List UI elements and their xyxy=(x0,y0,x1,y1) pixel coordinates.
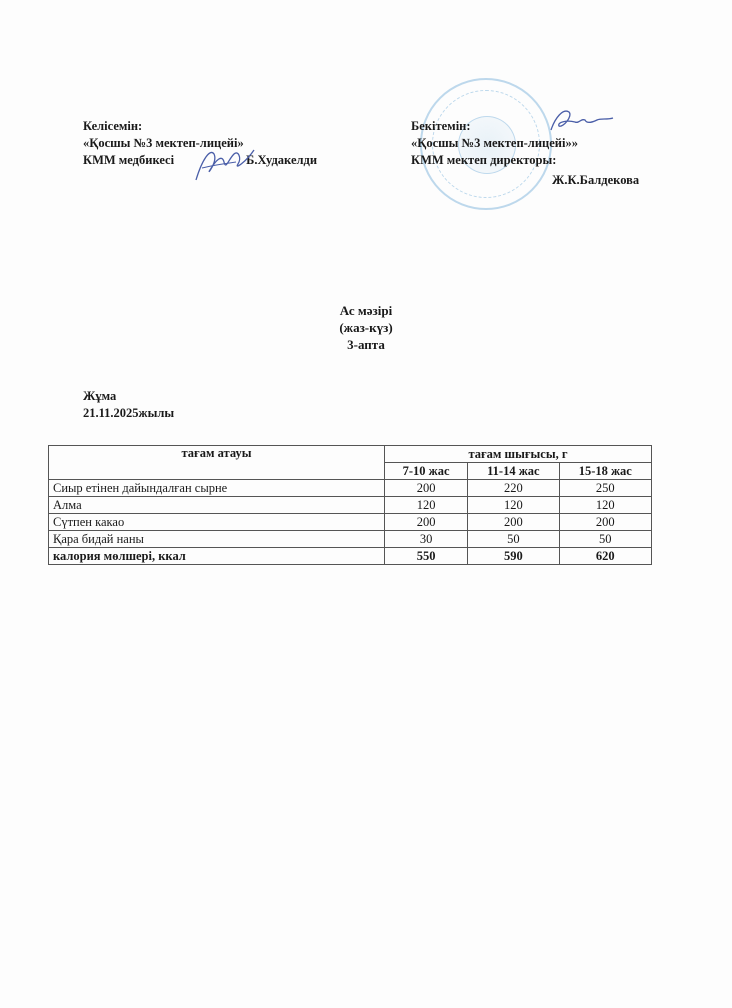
table-total-row: калория мөлшері, ккал 550 590 620 xyxy=(49,548,652,565)
approval-right-heading: Бекітемін: xyxy=(411,118,578,135)
header-output: тағам шығысы, г xyxy=(385,446,652,463)
total-value: 550 xyxy=(385,548,468,565)
dish-value: 120 xyxy=(468,497,559,514)
total-value: 620 xyxy=(559,548,651,565)
header-age-group: 11-14 жас xyxy=(468,463,559,480)
title-line-week: 3-апта xyxy=(0,336,732,353)
dish-value: 200 xyxy=(559,514,651,531)
dish-value: 120 xyxy=(385,497,468,514)
dish-value: 200 xyxy=(385,514,468,531)
dish-name: Алма xyxy=(49,497,385,514)
approval-right-signatory: Ж.К.Балдекова xyxy=(552,172,639,189)
dish-name: Сиыр етінен дайындалған сырне xyxy=(49,480,385,497)
document-title: Ас мәзірі (жаз-күз) 3-апта xyxy=(0,302,732,353)
approval-left-role: КММ медбикесі xyxy=(83,153,174,167)
table-row: Сүтпен какао 200 200 200 xyxy=(49,514,652,531)
approval-right-block: Бекітемін: «Қосшы №3 мектеп-лицейі»» КММ… xyxy=(411,118,578,169)
dish-name: Қара бидай наны xyxy=(49,531,385,548)
dish-value: 30 xyxy=(385,531,468,548)
total-label: калория мөлшері, ккал xyxy=(49,548,385,565)
weekday: Жұма xyxy=(83,388,174,405)
menu-table: тағам атауы тағам шығысы, г 7-10 жас 11-… xyxy=(48,445,652,565)
dish-value: 200 xyxy=(468,514,559,531)
header-age-group: 7-10 жас xyxy=(385,463,468,480)
dish-value: 220 xyxy=(468,480,559,497)
dish-value: 50 xyxy=(559,531,651,548)
dish-value: 250 xyxy=(559,480,651,497)
dish-name: Сүтпен какао xyxy=(49,514,385,531)
title-line-season: (жаз-күз) xyxy=(0,319,732,336)
total-value: 590 xyxy=(468,548,559,565)
table-row: Қара бидай наны 30 50 50 xyxy=(49,531,652,548)
table-header-row: тағам атауы тағам шығысы, г xyxy=(49,446,652,463)
table-row: Алма 120 120 120 xyxy=(49,497,652,514)
date-value: 21.11.2025жылы xyxy=(83,405,174,422)
dish-value: 200 xyxy=(385,480,468,497)
approval-right-org: «Қосшы №3 мектеп-лицейі»» xyxy=(411,135,578,152)
title-line-menu: Ас мәзірі xyxy=(0,302,732,319)
nurse-signature-icon xyxy=(188,140,258,188)
approval-left-heading: Келісемін: xyxy=(83,118,317,135)
header-age-group: 15-18 жас xyxy=(559,463,651,480)
approval-right-role: КММ мектеп директоры: xyxy=(411,152,578,169)
dish-value: 120 xyxy=(559,497,651,514)
table-row: Сиыр етінен дайындалған сырне 200 220 25… xyxy=(49,480,652,497)
date-block: Жұма 21.11.2025жылы xyxy=(83,388,174,422)
dish-value: 50 xyxy=(468,531,559,548)
header-dish-name: тағам атауы xyxy=(49,446,385,480)
